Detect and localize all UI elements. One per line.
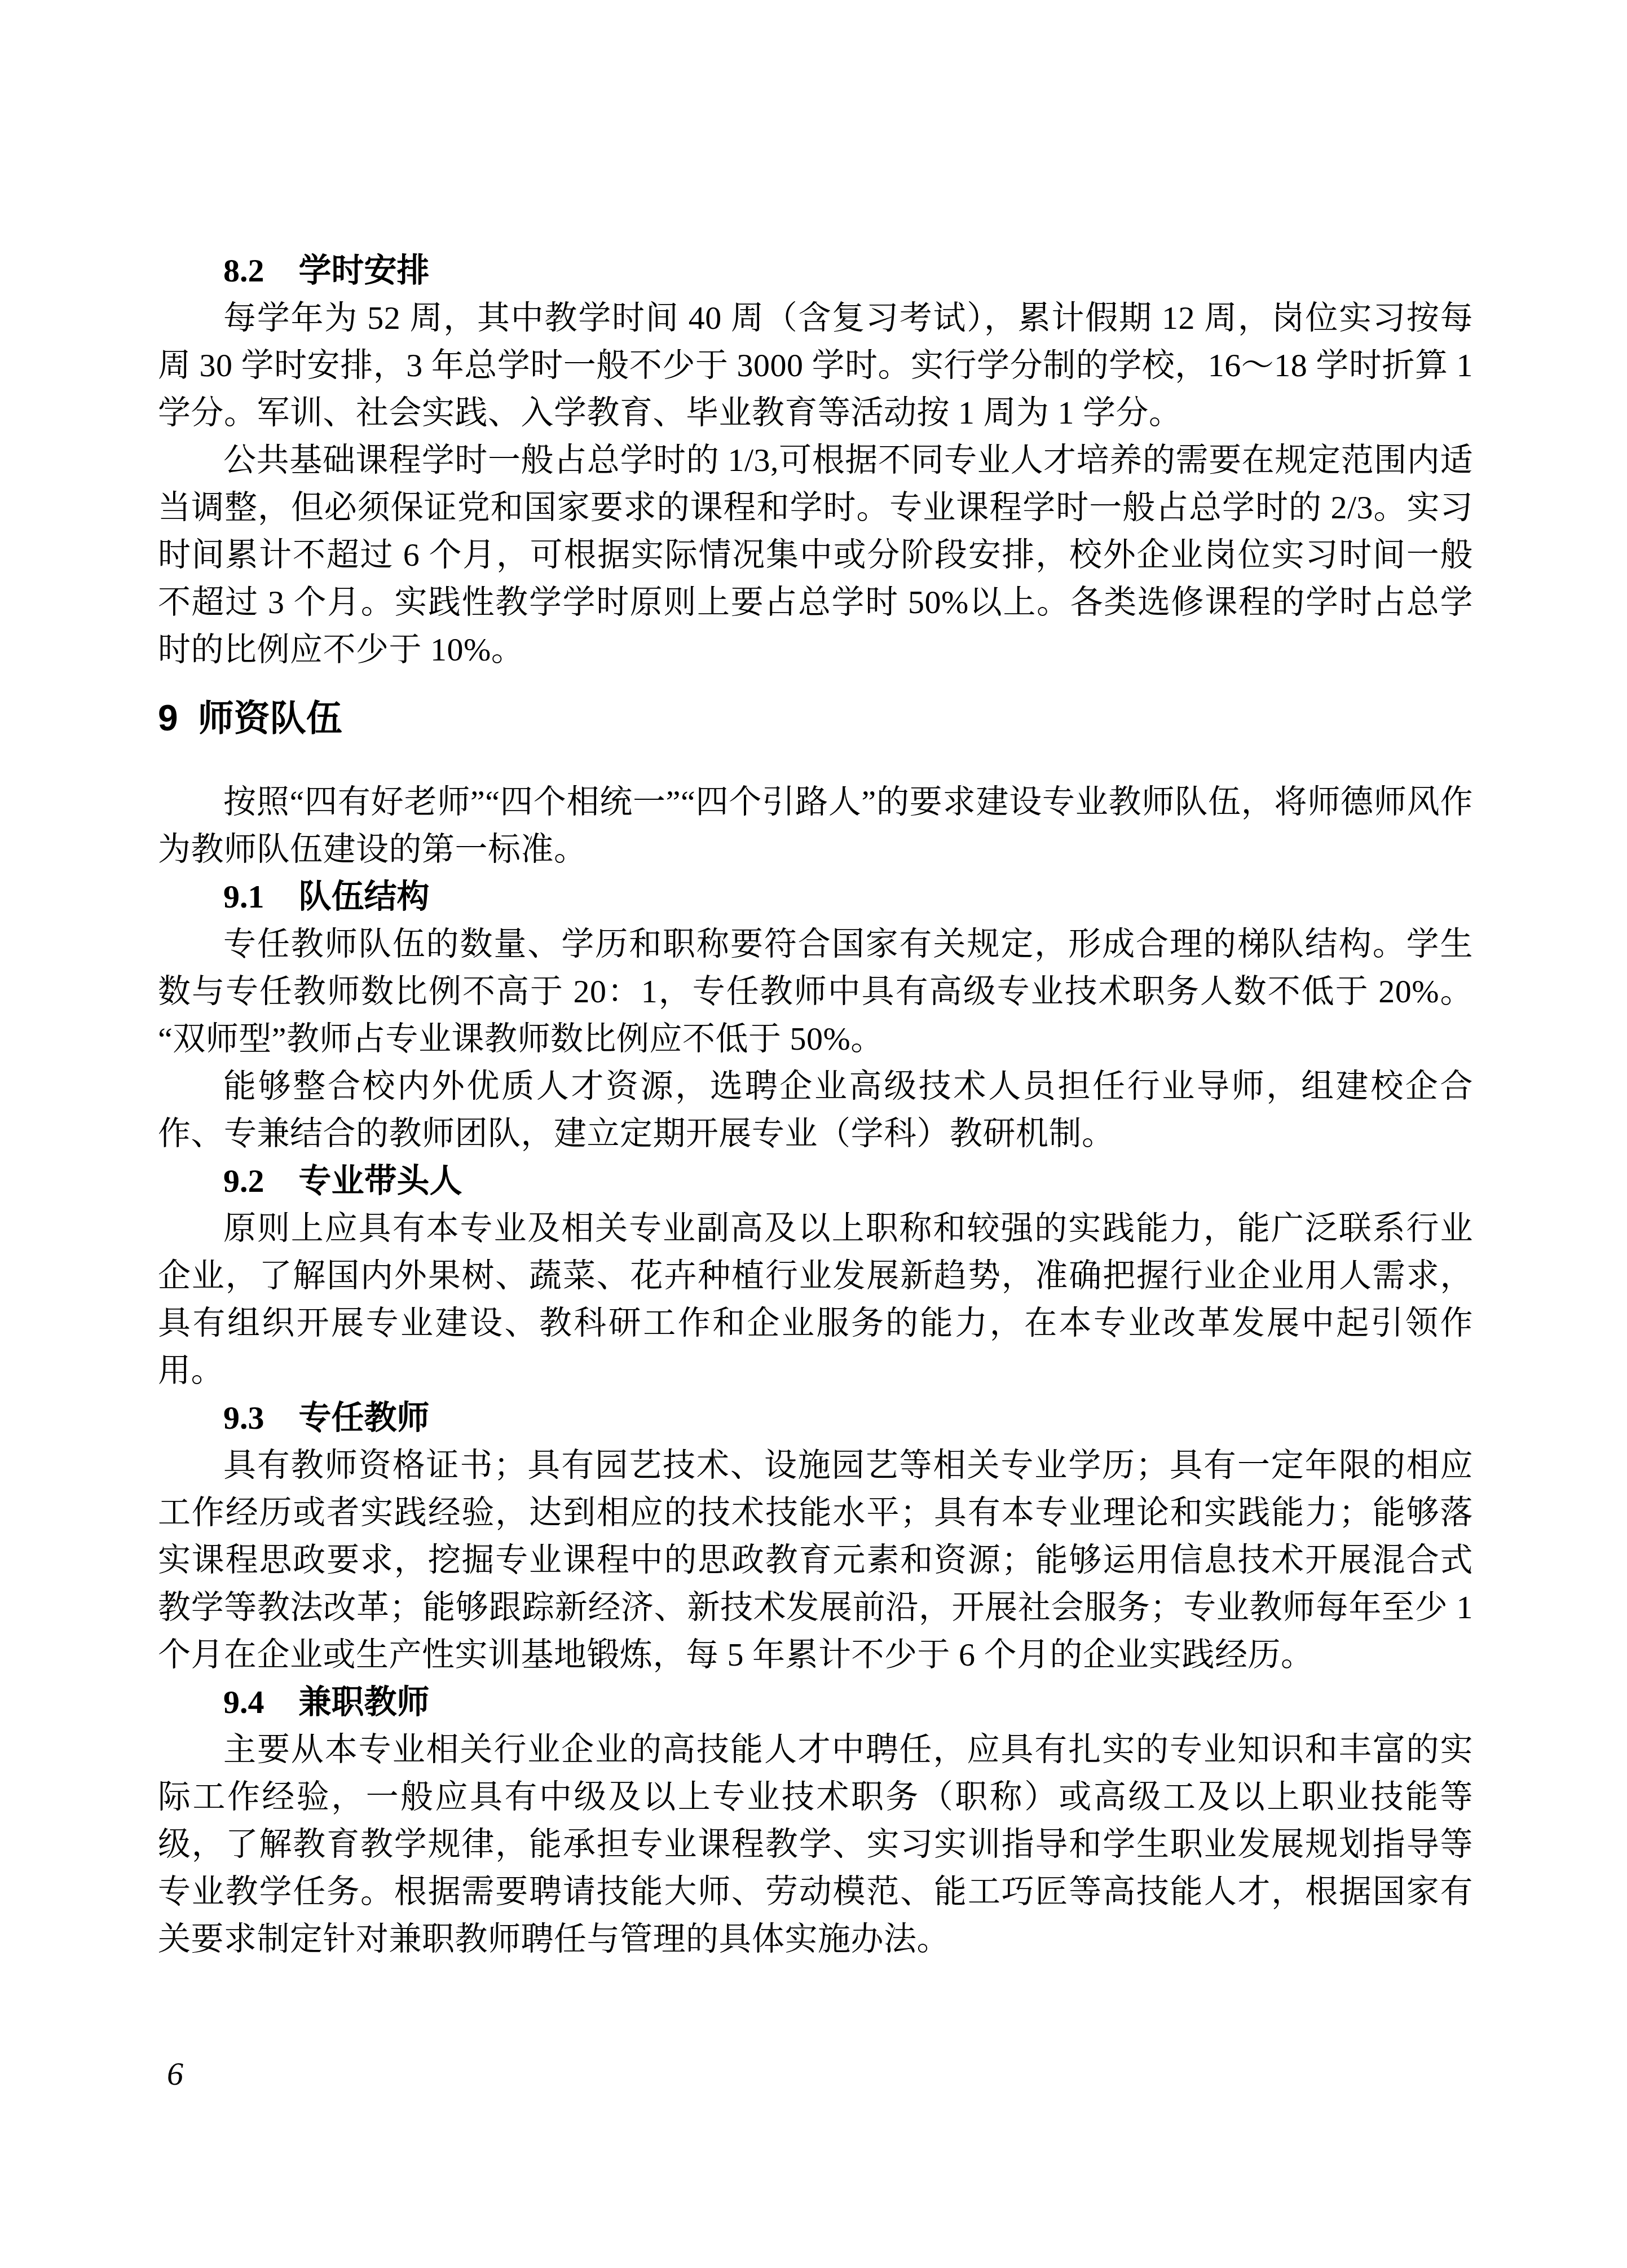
paragraph: 具有教师资格证书；具有园艺技术、设施园艺等相关专业学历；具有一定年限的相应工作经…: [158, 1442, 1473, 1679]
paragraph: 公共基础课程学时一般占总学时的 1/3,可根据不同专业人才培养的需要在规定范围内…: [158, 437, 1473, 673]
section-title: 专业带头人: [298, 1162, 462, 1199]
page-content: 8.2学时安排 每学年为 52 周，其中教学时间 40 周（含复习考试），累计假…: [158, 247, 1473, 1963]
chapter-title: 师资队伍: [198, 698, 342, 738]
document-page: 8.2学时安排 每学年为 52 周，其中教学时间 40 周（含复习考试），累计假…: [0, 0, 1627, 2268]
section-heading-8-2: 8.2学时安排: [158, 247, 1473, 294]
paragraph: 能够整合校内外优质人才资源，选聘企业高级技术人员担任行业导师，组建校企合作、专兼…: [158, 1063, 1473, 1157]
paragraph: 原则上应具有本专业及相关专业副高及以上职称和较强的实践能力，能广泛联系行业企业，…: [158, 1205, 1473, 1394]
paragraph: 每学年为 52 周，其中教学时间 40 周（含复习考试），累计假期 12 周，岗…: [158, 294, 1473, 437]
section-title: 学时安排: [298, 252, 429, 289]
section-heading-9-1: 9.1队伍结构: [158, 873, 1473, 921]
section-number: 9.3: [223, 1399, 264, 1436]
section-title: 队伍结构: [298, 878, 429, 915]
section-heading-9-3: 9.3专任教师: [158, 1394, 1473, 1442]
chapter-heading-9: 9师资队伍: [158, 694, 1473, 742]
section-number: 9.2: [223, 1162, 264, 1199]
paragraph: 按照“四有好老师”“四个相统一”“四个引路人”的要求建设专业教师队伍，将师德师风…: [158, 778, 1473, 873]
page-number: 6: [167, 2054, 183, 2094]
section-title: 兼职教师: [298, 1684, 429, 1720]
section-number: 8.2: [223, 252, 264, 289]
section-heading-9-4: 9.4兼职教师: [158, 1679, 1473, 1726]
section-number: 9.1: [223, 878, 264, 915]
chapter-number: 9: [158, 698, 178, 738]
section-heading-9-2: 9.2专业带头人: [158, 1157, 1473, 1205]
section-title: 专任教师: [298, 1399, 429, 1436]
section-number: 9.4: [223, 1684, 264, 1720]
paragraph: 专任教师队伍的数量、学历和职称要符合国家有关规定，形成合理的梯队结构。学生数与专…: [158, 921, 1473, 1063]
paragraph: 主要从本专业相关行业企业的高技能人才中聘任，应具有扎实的专业知识和丰富的实际工作…: [158, 1726, 1473, 1963]
